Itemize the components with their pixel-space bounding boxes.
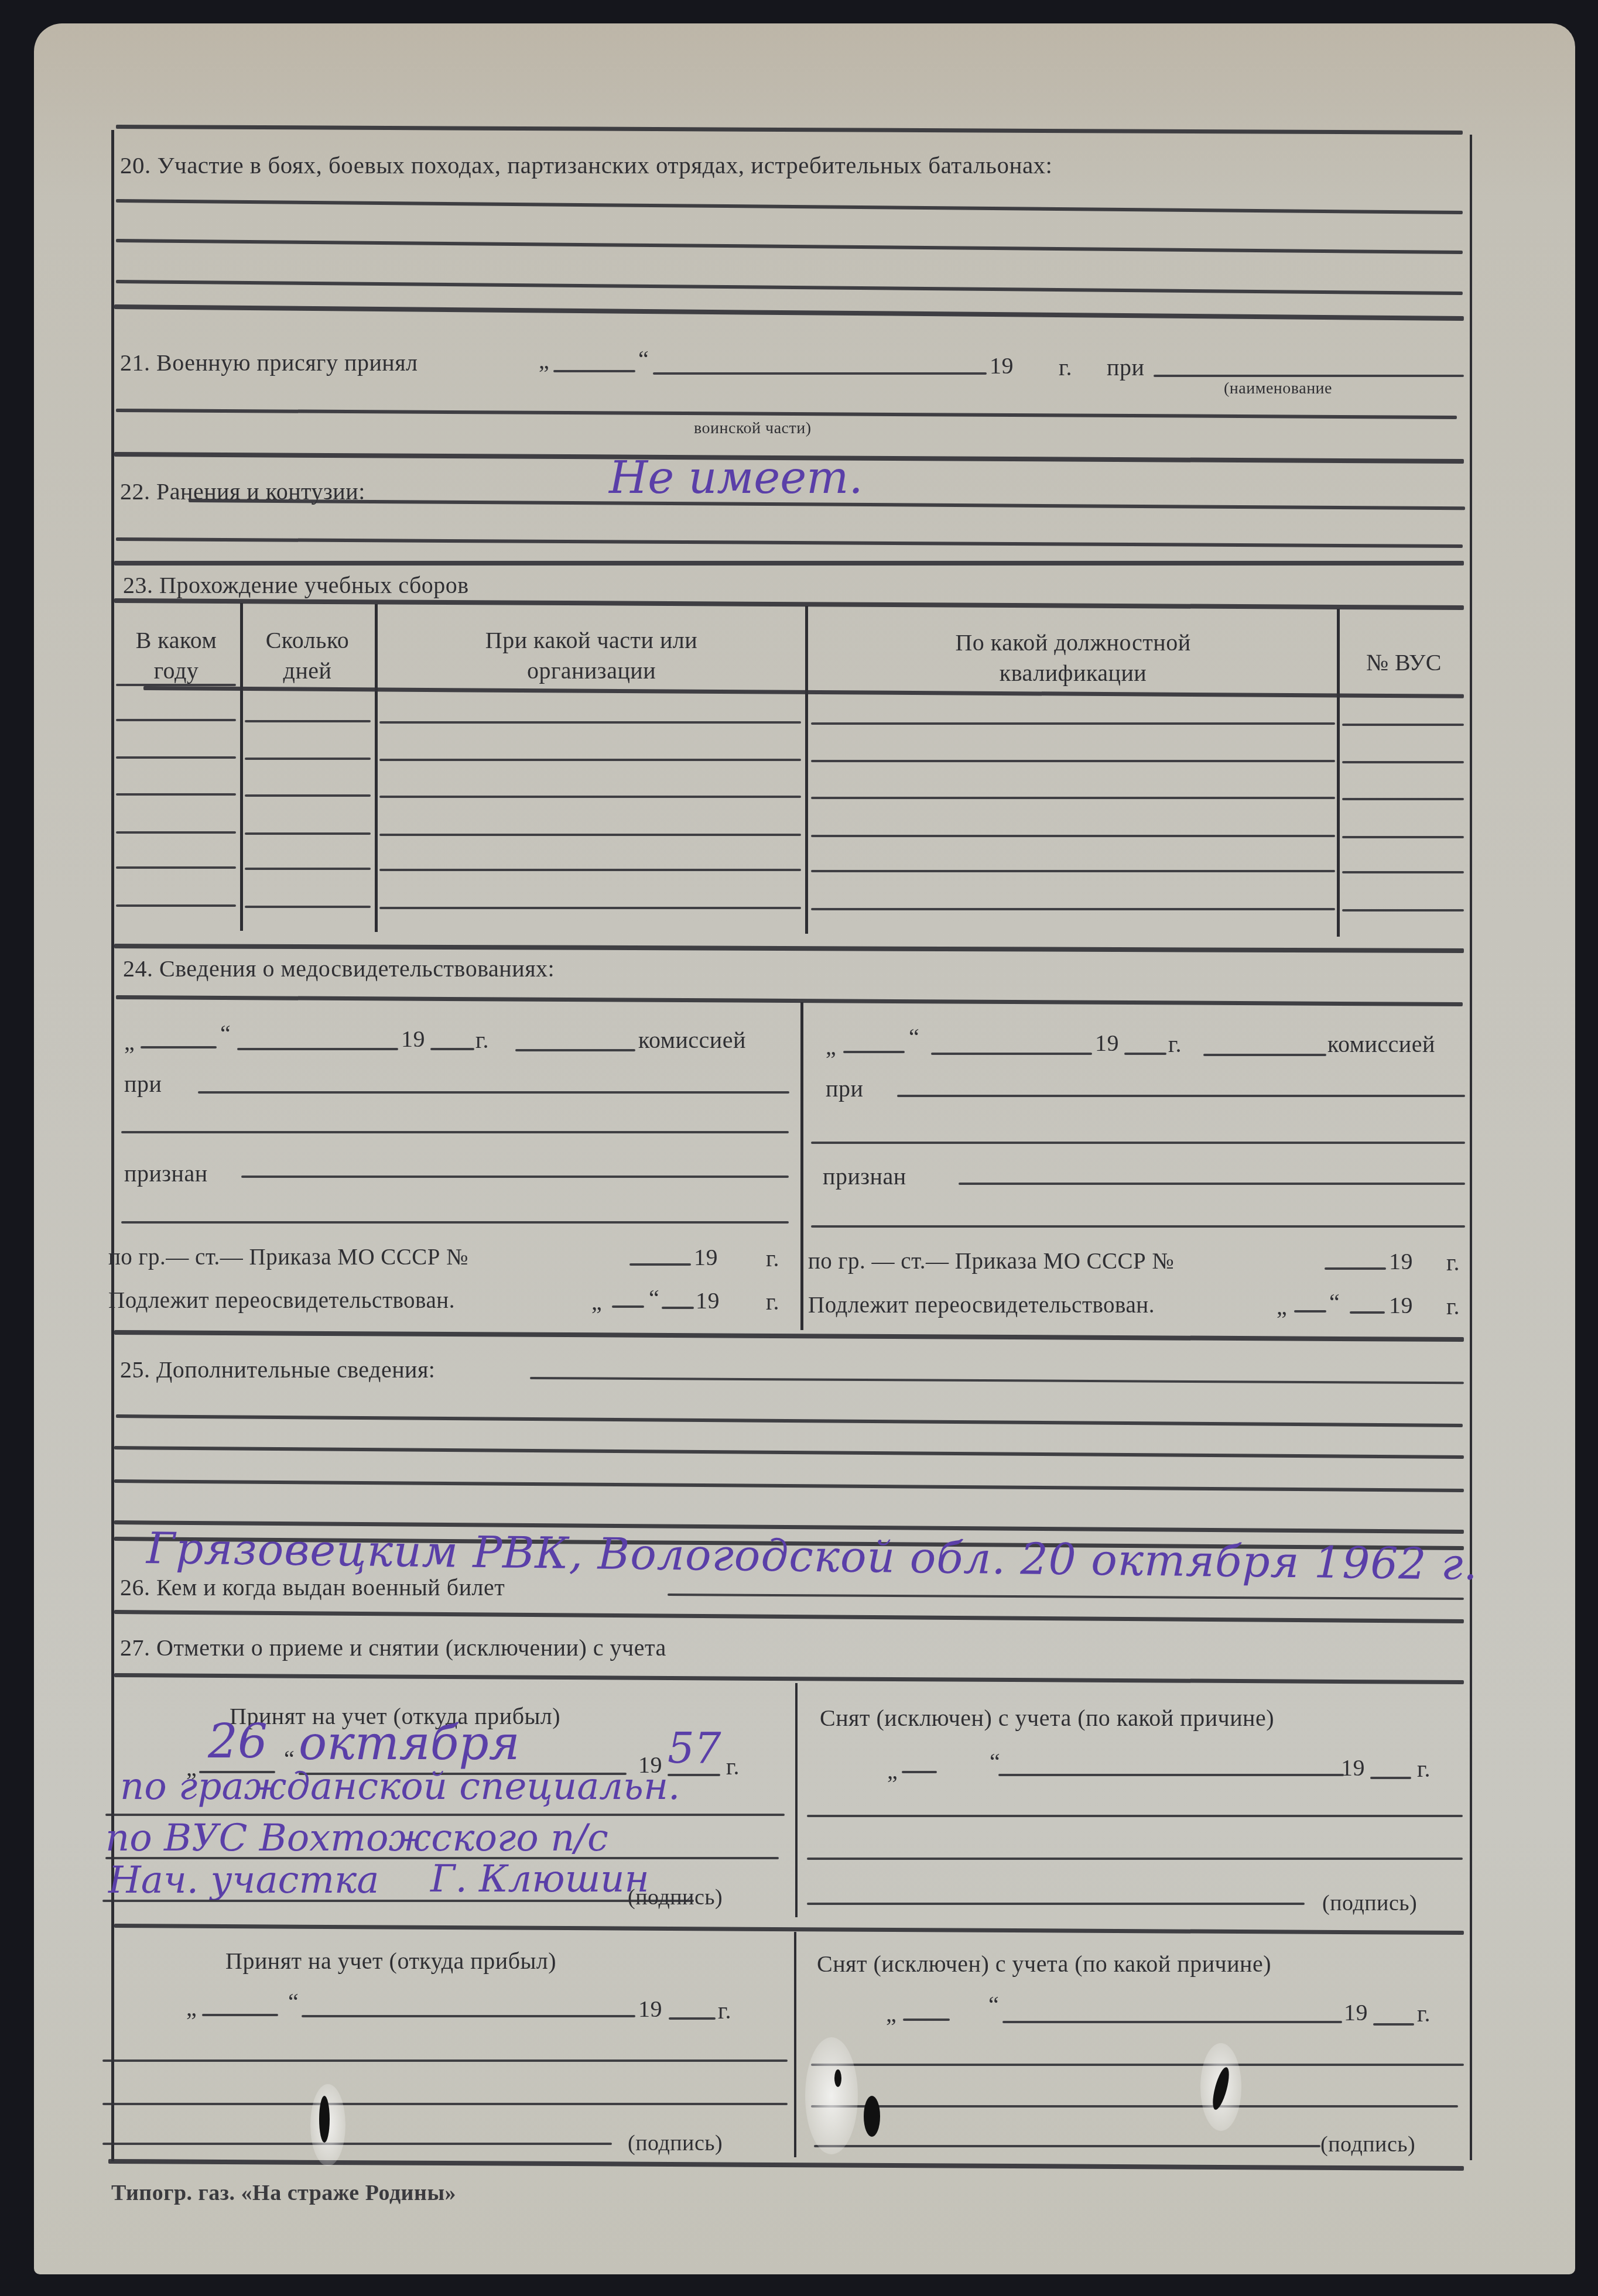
entry-1-accepted-g: г.	[726, 1755, 740, 1778]
table-col-divider-3	[805, 606, 808, 934]
entry-1-accepted-line2: по ВУС Вохтожского п/с	[105, 1819, 608, 1857]
entry-2-accepted-line-2[interactable]	[102, 2103, 788, 2105]
section-21-quote-open: „	[539, 349, 549, 372]
med-right-reexam: Подлежит переосвидетельствован.	[808, 1294, 1155, 1317]
med-right-recognized: признан	[823, 1165, 906, 1188]
med-left-year: 19	[401, 1027, 425, 1051]
entry-2-accepted-signature-field[interactable]	[102, 2143, 612, 2145]
entry-1-removed-signature-field[interactable]	[807, 1903, 1305, 1905]
table-cell-line[interactable]	[811, 908, 1335, 910]
table-cell-line[interactable]	[379, 834, 801, 836]
table-cell-line[interactable]	[1342, 836, 1464, 838]
section-26-label: 26. Кем и когда выдан военный билет	[120, 1576, 505, 1599]
entry-1-removed-title: Снят (исключен) с учета (по какой причин…	[820, 1706, 1274, 1730]
punch-hole-2	[864, 2096, 880, 2137]
table-header-unit: При какой части или организации	[381, 625, 802, 686]
med-left-order: по гр.— ст.— Приказа МО СССР №	[108, 1246, 468, 1269]
med-left-commission: комиссией	[638, 1029, 746, 1052]
table-header-year: В каком году	[115, 625, 238, 686]
table-cell-line[interactable]	[116, 831, 236, 834]
med-right-order-g: г.	[1446, 1251, 1460, 1274]
table-cell-line[interactable]	[379, 907, 801, 909]
med-left-at: при	[124, 1072, 162, 1096]
med-left-recognized-field[interactable]	[241, 1176, 789, 1178]
med-left-order-field[interactable]	[629, 1263, 691, 1266]
med-right-order-field[interactable]	[1325, 1267, 1386, 1270]
table-cell-line[interactable]	[379, 759, 801, 761]
section-21-year-suffix: г.	[1059, 356, 1072, 379]
med-right-year-field[interactable]	[1124, 1053, 1166, 1055]
table-cell-line[interactable]	[116, 866, 236, 869]
med-left-year-field[interactable]	[430, 1048, 474, 1050]
punch-hole-3	[834, 2069, 841, 2087]
entry-1-accepted-signature: Г. Клюшин	[430, 1860, 649, 1898]
entry-2-accepted-quote-close: “	[288, 1990, 299, 2014]
entry-1-accepted-signature-label: (подпись)	[628, 1886, 723, 1908]
med-left-quote-close: “	[220, 1022, 231, 1046]
med-left-at-field-2[interactable]	[121, 1131, 789, 1133]
table-header-days-l1: Сколько	[266, 627, 350, 653]
med-right-reexam-year: 19	[1389, 1294, 1413, 1317]
table-cell-line[interactable]	[1342, 724, 1464, 726]
entry-1-removed-quote-close: “	[990, 1750, 1000, 1774]
entry-1-removed-day-field[interactable]	[902, 1771, 937, 1773]
med-left-reexam: Подлежит переосвидетельствован.	[108, 1289, 455, 1312]
entry-1-accepted-month: октября	[299, 1720, 520, 1767]
table-cell-line[interactable]	[245, 906, 371, 908]
table-cell-line[interactable]	[1342, 798, 1464, 800]
entry-2-removed-year-field[interactable]	[1373, 2023, 1414, 2026]
med-left-g: г.	[475, 1029, 489, 1052]
table-cell-line[interactable]	[379, 721, 801, 724]
med-left-reexam-quote-close: “	[649, 1287, 659, 1310]
table-col-divider-4	[1337, 609, 1340, 937]
entry-1-removed-reason-field[interactable]	[807, 1815, 1463, 1817]
med-left-day-field[interactable]	[141, 1046, 217, 1048]
med-left-reexam-year: 19	[696, 1289, 720, 1313]
table-cell-line[interactable]	[245, 720, 371, 722]
table-cell-line[interactable]	[1342, 761, 1464, 763]
med-right-quote-open: „	[826, 1035, 836, 1058]
med-right-reexam-g: г.	[1446, 1295, 1460, 1318]
med-left-recognized-field-2[interactable]	[121, 1221, 789, 1224]
entry-2-removed-signature-field[interactable]	[814, 2145, 1320, 2147]
cell-line	[116, 684, 236, 686]
table-cell-line[interactable]	[811, 722, 1335, 725]
table-cell-line[interactable]	[116, 719, 236, 721]
med-left-reexam-month[interactable]	[662, 1307, 694, 1309]
table-cell-line[interactable]	[245, 832, 371, 835]
med-left-at-field[interactable]	[198, 1091, 789, 1094]
section-21-unit-field[interactable]	[1154, 375, 1464, 377]
med-right-at: при	[826, 1077, 863, 1101]
table-cell-line[interactable]	[116, 904, 236, 907]
entry-1-accepted-signature-field[interactable]	[102, 1900, 694, 1902]
med-right-year: 19	[1095, 1032, 1119, 1055]
table-cell-line[interactable]	[379, 796, 801, 798]
med-right-g: г.	[1168, 1033, 1182, 1056]
section-21-hint-1: (наименование	[1224, 381, 1332, 397]
table-cell-line[interactable]	[116, 756, 236, 759]
med-left-reexam-day[interactable]	[612, 1305, 644, 1308]
table-cell-line[interactable]	[811, 760, 1335, 762]
section-24-column-divider	[800, 1002, 803, 1330]
med-right-reexam-quote-close: “	[1329, 1291, 1340, 1314]
section-27-divider-a	[795, 1683, 798, 1917]
med-left-reexam-quote: „	[591, 1290, 602, 1314]
table-header-days-l2: дней	[283, 657, 332, 684]
entry-2-removed-signature-label: (подпись)	[1320, 2133, 1415, 2156]
entry-1-accepted-year: 57	[668, 1727, 721, 1769]
table-header-year-l1: В каком	[136, 627, 217, 653]
table-cell-line[interactable]	[1342, 871, 1464, 873]
section-22-bottom-rule	[114, 561, 1464, 566]
entry-1-removed-month-field[interactable]	[998, 1774, 1344, 1776]
table-cell-line[interactable]	[245, 758, 371, 760]
entry-2-removed-month-field[interactable]	[1002, 2021, 1342, 2023]
med-right-recognized-field-2[interactable]	[811, 1225, 1465, 1228]
med-left-recognized: признан	[124, 1162, 208, 1185]
table-header-qual-l1: По какой должностной	[955, 629, 1190, 656]
med-left-order-year: 19	[694, 1246, 718, 1269]
table-header-unit-l1: При какой части или	[485, 627, 697, 653]
med-right-commission: комиссией	[1327, 1033, 1435, 1056]
entry-1-removed-signature-label: (подпись)	[1322, 1892, 1417, 1914]
entry-1-accepted-line3: Нач. участка	[108, 1862, 379, 1899]
entry-2-removed-quote: „	[886, 2002, 896, 2026]
med-right-reexam-month[interactable]	[1350, 1311, 1385, 1314]
med-right-reexam-quote: „	[1277, 1295, 1287, 1318]
entry-2-accepted-g: г.	[718, 1999, 731, 2023]
entry-2-removed-reason-field-2[interactable]	[811, 2105, 1458, 2107]
section-21-at-label: при	[1107, 356, 1144, 379]
entry-1-removed-year-prefix: 19	[1341, 1756, 1365, 1780]
med-right-order-year: 19	[1389, 1250, 1413, 1273]
entry-2-removed-year-prefix: 19	[1344, 2001, 1368, 2024]
entry-2-accepted-day-field[interactable]	[202, 2014, 278, 2016]
med-left-quote-open: „	[124, 1030, 135, 1054]
table-cell-line[interactable]	[245, 794, 371, 797]
entry-2-accepted-month-field[interactable]	[302, 2015, 635, 2017]
table-header-qual-l2: квалификации	[1000, 660, 1147, 686]
table-header-unit-l2: организации	[527, 657, 656, 684]
med-right-quote-close: “	[909, 1026, 919, 1049]
section-21-label: 21. Военную присягу принял	[120, 351, 418, 375]
section-21-year-prefix: 19	[990, 354, 1014, 378]
entry-1-accepted-day: 26	[208, 1718, 268, 1765]
med-right-commission-field[interactable]	[1203, 1054, 1326, 1056]
med-right-order: по гр. — ст.— Приказа МО СССР №	[808, 1250, 1174, 1273]
entry-1-accepted-line1-field[interactable]	[105, 1814, 785, 1816]
med-right-month-field[interactable]	[931, 1053, 1092, 1055]
section-27-label: 27. Отметки о приеме и снятии (исключени…	[120, 1636, 666, 1660]
entry-2-accepted-year-prefix: 19	[638, 1997, 662, 2021]
table-header-days: Сколько дней	[243, 625, 372, 686]
med-right-day-field[interactable]	[843, 1051, 905, 1053]
entry-2-accepted-quote: „	[186, 1996, 197, 2020]
med-left-reexam-g: г.	[766, 1290, 779, 1314]
frame-right-border	[1470, 135, 1472, 2160]
table-cell-line[interactable]	[116, 793, 236, 796]
section-22-handwritten-value: Не имеет.	[609, 455, 863, 500]
section-21-month-field[interactable]	[653, 372, 987, 375]
section-25-label: 25. Дополнительные сведения:	[120, 1358, 435, 1382]
entry-2-removed-title: Снят (исключен) с учета (по какой причин…	[817, 1952, 1271, 1976]
entry-2-accepted-year-field[interactable]	[669, 2017, 716, 2020]
med-left-commission-field[interactable]	[515, 1049, 635, 1051]
table-cell-line[interactable]	[245, 868, 371, 870]
table-cell-line[interactable]	[1342, 909, 1464, 911]
med-left-order-g: г.	[766, 1247, 779, 1270]
entry-1-removed-quote: „	[887, 1759, 898, 1783]
section-23-label: 23. Прохождение учебных сборов	[123, 574, 469, 597]
entry-1-removed-reason-field-2[interactable]	[807, 1858, 1463, 1860]
section-20-label: 20. Участие в боях, боевых походах, парт…	[120, 153, 1052, 177]
entry-1-removed-year-field[interactable]	[1370, 1777, 1411, 1779]
section-21-quote-close: “	[638, 348, 649, 371]
entry-2-removed-day-field[interactable]	[903, 2019, 950, 2021]
med-right-reexam-day[interactable]	[1294, 1310, 1326, 1313]
entry-1-removed-g: г.	[1417, 1757, 1431, 1781]
table-cell-line[interactable]	[811, 835, 1335, 837]
table-col-divider-2	[375, 604, 378, 932]
entry-2-removed-quote-close: “	[988, 1993, 999, 2017]
entry-1-accepted-line1: по гражданской специальн.	[120, 1768, 680, 1805]
section-24-label: 24. Сведения о медосвидетельствованиях:	[123, 957, 555, 981]
punch-hole-1	[319, 2096, 330, 2143]
med-right-at-field-2[interactable]	[811, 1142, 1465, 1144]
entry-2-accepted-line-1[interactable]	[102, 2059, 788, 2062]
section-21-day-field[interactable]	[553, 370, 635, 372]
punch-hole-highlight-2	[805, 2037, 858, 2154]
section-21-hint-2: воинской части)	[694, 420, 812, 437]
med-right-at-field[interactable]	[897, 1095, 1465, 1097]
med-right-recognized-field[interactable]	[959, 1183, 1465, 1185]
section-27-divider-b	[794, 1932, 796, 2157]
entry-2-removed-g: г.	[1417, 2002, 1431, 2026]
table-header-qualification: По какой должностной квалификации	[811, 628, 1335, 688]
table-cell-line[interactable]	[811, 797, 1335, 799]
table-header-year-l2: году	[154, 657, 199, 684]
entry-2-accepted-title: Принят на учет (откуда прибыл)	[225, 1949, 556, 1973]
printer-imprint: Типогр. газ. «На страже Родины»	[111, 2182, 456, 2204]
med-left-month-field[interactable]	[237, 1048, 398, 1050]
table-cell-line[interactable]	[379, 869, 801, 871]
table-cell-line[interactable]	[811, 870, 1335, 872]
entry-2-accepted-signature-label: (подпись)	[628, 2132, 723, 2154]
entry-2-removed-reason-field[interactable]	[811, 2064, 1464, 2066]
table-header-vus: № ВУС	[1341, 651, 1467, 674]
